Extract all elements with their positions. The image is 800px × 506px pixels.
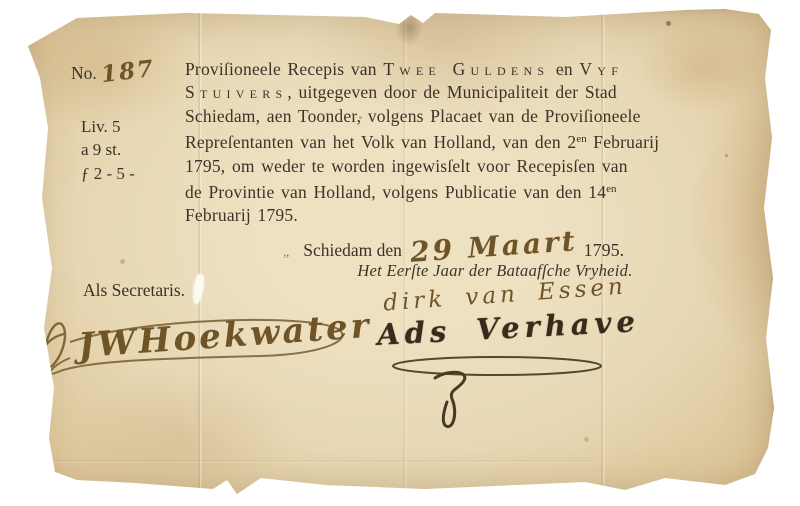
body-line: Schiedam, aen Toonder, volgens Placaet v… — [185, 105, 775, 128]
denomination-florins: ƒ 2 - 5 - — [81, 162, 135, 185]
body-line: de Provintie van Holland, volgens Public… — [185, 178, 775, 204]
ink-specks — [25, 8, 28, 11]
top-fold-notch — [395, 10, 423, 46]
number-label: No. — [71, 63, 97, 83]
document-paper: No.187 Liv. 5 a 9 st. ƒ 2 - 5 - Proviſio… — [25, 8, 775, 497]
body-line: Februarij 1795. — [185, 204, 775, 227]
denomination-livres: Liv. 5 — [81, 115, 135, 138]
body-line: Repreſentanten van het Volk van Holland,… — [185, 128, 775, 154]
signature-flourish-verhave — [385, 353, 617, 381]
body-line: Proviſioneele Recepis van Twee Guldens e… — [185, 58, 775, 81]
tick-marks: „ — [283, 245, 289, 260]
dateline: „Schiedam den29 Maart1795. — [283, 230, 624, 263]
dateline-place: Schiedam den — [303, 240, 402, 260]
document-number: No.187 — [71, 58, 155, 85]
body-line: Stuivers, uitgegeven door de Municipalit… — [185, 81, 775, 104]
scanned-document-page: No.187 Liv. 5 a 9 st. ƒ 2 - 5 - Proviſio… — [0, 0, 800, 506]
denomination-stuivers: a 9 st. — [81, 138, 135, 161]
fold-crease-bottom — [53, 460, 593, 463]
paraph-flourish — [423, 368, 479, 438]
number-value-handwritten: 187 — [99, 55, 156, 88]
body-text: Proviſioneele Recepis van Twee Guldens e… — [185, 58, 775, 228]
body-line: 1795, om weder te worden ingewisſelt voo… — [185, 155, 775, 178]
denomination-block: Liv. 5 a 9 st. ƒ 2 - 5 - — [81, 115, 135, 185]
dateline-year: 1795. — [584, 240, 625, 260]
signature-secretary: JWHoekwater — [30, 298, 370, 388]
